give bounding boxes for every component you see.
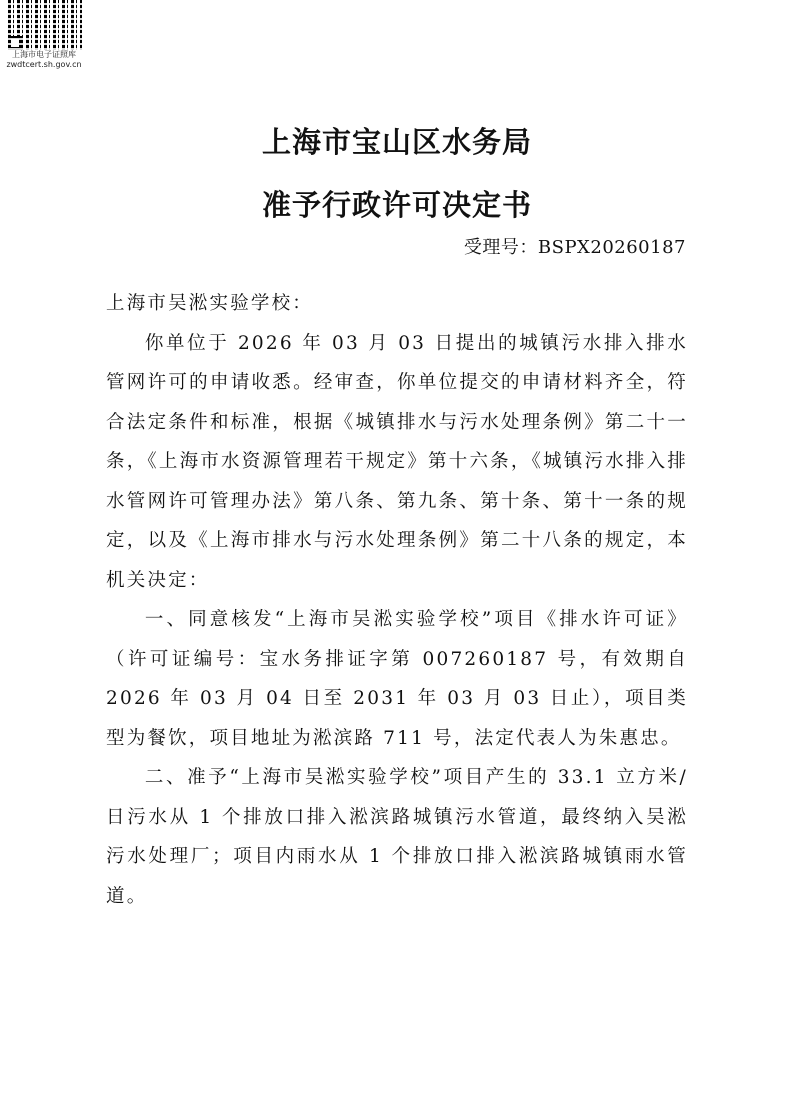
paragraph-decision-basis: 你单位于 2026 年 03 月 03 日提出的城镇污水排入排水管网许可的申请收…: [106, 324, 688, 601]
qr-label-url: zwdtcert.sh.gov.cn: [4, 60, 84, 70]
qr-code: [8, 0, 82, 50]
paragraph-item-2: 二、准予“上海市吴淞实验学校”项目产生的 33.1 立方米/日污水从 1 个排放…: [106, 758, 688, 916]
reference-number: 受理号：BSPX20260187: [464, 233, 686, 259]
qr-label-name: 上海市电子证照库: [4, 50, 84, 60]
agency-title: 上海市宝山区水务局: [0, 120, 794, 161]
qr-code-block: 上海市电子证照库 zwdtcert.sh.gov.cn: [4, 0, 84, 70]
paragraph-item-1: 一、同意核发“上海市吴淞实验学校”项目《排水许可证》（许可证编号：宝水务排证字第…: [106, 600, 688, 758]
document-title: 准予行政许可决定书: [0, 183, 794, 224]
document-body: 上海市吴淞实验学校： 你单位于 2026 年 03 月 03 日提出的城镇污水排…: [106, 284, 688, 916]
addressee: 上海市吴淞实验学校：: [106, 284, 688, 324]
